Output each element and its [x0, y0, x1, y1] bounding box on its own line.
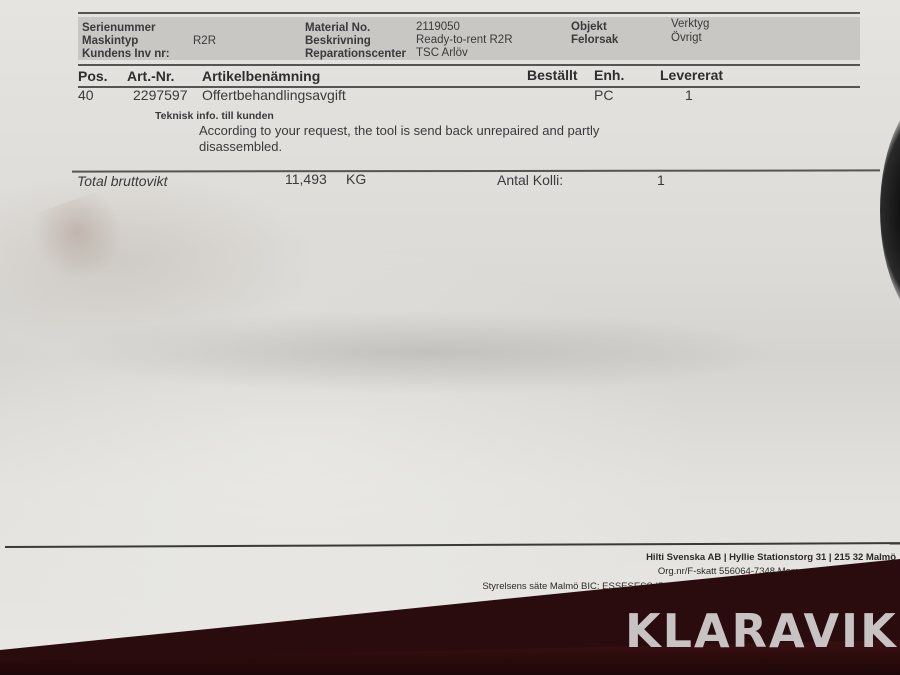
beskrivning-label: Beskrivning — [305, 35, 371, 48]
footer-rule — [5, 542, 900, 547]
kolli-value: 1 — [657, 174, 665, 187]
kundens-inv-nr-label: Kundens Inv nr: — [82, 48, 170, 61]
header-top-rule — [78, 12, 860, 14]
maskintyp-value: R2R — [193, 35, 216, 48]
row-benamning: Offertbehandlingsavgift — [202, 89, 346, 102]
watermark-logo: KLARAVIK — [625, 604, 898, 658]
material-no-value: 2119050 — [416, 21, 460, 34]
beskrivning-value: Ready-to-rent R2R — [416, 34, 513, 47]
felorsak-label: Felorsak — [571, 34, 618, 47]
note-line-2: disassembled. — [199, 139, 282, 154]
col-enh: Enh. — [594, 69, 624, 82]
note-line-1: According to your request, the tool is s… — [199, 123, 599, 138]
row-art-nr: 2297597 — [133, 89, 188, 102]
totals-rule — [72, 169, 880, 172]
footer-bank-line: Styrelsens säte Malmö BIC: ESSESESS IBAN… — [482, 580, 896, 593]
weight-label: Total bruttovikt — [77, 175, 168, 188]
header-bottom-rule — [78, 64, 860, 66]
felorsak-value: Övrigt — [671, 32, 702, 45]
weight-unit: KG — [346, 173, 366, 186]
serienummer-label: Serienummer — [82, 22, 156, 35]
kolli-label: Antal Kolli: — [497, 174, 563, 187]
reparationscenter-value: TSC Arlöv — [416, 47, 468, 60]
row-pos: 40 — [78, 89, 94, 102]
col-pos: Pos. — [78, 70, 108, 83]
row-enh: PC — [594, 89, 613, 102]
table-header-rule — [78, 86, 860, 88]
note-title: Teknisk info. till kunden — [155, 110, 274, 123]
footer-company-line: Hilti Svenska AB | Hyllie Stationstorg 3… — [646, 551, 896, 564]
maskintyp-label: Maskintyp — [82, 35, 138, 48]
objekt-label: Objekt — [571, 21, 607, 34]
col-bestallt: Beställt — [527, 69, 578, 82]
row-levererat: 1 — [685, 89, 693, 102]
material-no-label: Material No. — [305, 22, 370, 35]
document-paper: Serienummer Maskintyp R2R Kundens Inv nr… — [0, 0, 900, 650]
paper-stain — [24, 187, 136, 293]
footer-org-line: Org.nr/F-skatt 556064-7348 Moms nr: SE55… — [658, 565, 896, 578]
col-levererat: Levererat — [660, 69, 723, 82]
col-art-nr: Art.-Nr. — [127, 70, 174, 83]
weight-value: 11,493 — [285, 173, 327, 186]
reparationscenter-label: Reparationscenter — [305, 48, 406, 61]
col-artikelbenamning: Artikelbenämning — [202, 70, 320, 83]
objekt-value: Verktyg — [671, 18, 709, 31]
